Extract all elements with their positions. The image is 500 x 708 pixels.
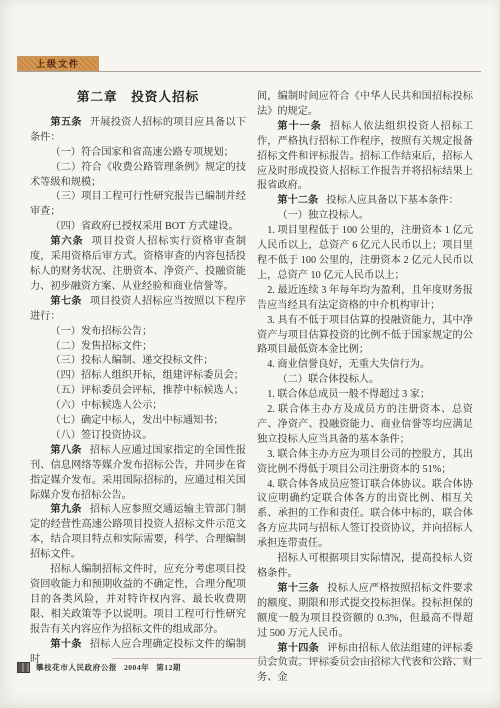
paragraph: 第十一条招标人依法组织投资人招标工作，严格执行招标工作程序，按照有关规定报备招标…: [257, 120, 473, 195]
paragraph: （八）签订投资协议。: [30, 429, 246, 444]
paragraph-text: （七）确定中标人，发出中标通知书；: [50, 415, 223, 426]
paragraph-text: 招标人可根据项目实际情况，提高投标人资格条件。: [257, 553, 473, 579]
paragraph: 招标人编制招标文件时，应充分考虑项目投资回收能力和预期收益的不确定性，合理分配项…: [30, 563, 246, 638]
paragraph-text: （二）联合体投标人。: [277, 374, 379, 385]
paragraph-text: 3. 联合体主办方应为项目公司的控股方，其出资比例不得低于项目公司注册资本的 5…: [257, 449, 473, 475]
right-column-paragraphs: 间，编制时间应符合《中华人民共和国招标投标法》的规定。 第十一条招标人依法组织投…: [257, 90, 473, 686]
paragraph-text: （八）签订投资协议。: [50, 430, 152, 441]
paragraph-text: （三）投标人编制、递交投标文件；: [50, 355, 213, 366]
article-number: 第八条: [50, 445, 81, 456]
paragraph-text: 招标人编制招标文件时，应充分考虑项目投资回收能力和预期收益的不确定性，合理分配项…: [30, 564, 246, 635]
paragraph-text: （三）项目工程可行性研究报告已编制并经审查；: [30, 191, 246, 217]
superior-document-badge: 上级文件: [17, 56, 99, 71]
paragraph: 3. 联合体主办方应为项目公司的控股方，其出资比例不得低于项目公司注册资本的 5…: [257, 448, 473, 478]
paragraph: 第六条项目投资人招标实行资格审查制度，采用资格后审方式。资格审查的内容包括投标人…: [30, 235, 246, 295]
paragraph: （五）评标委员会评标，推荐中标候选人；: [30, 384, 246, 399]
paragraph-text: 4. 商业信誉良好，无重大失信行为。: [267, 359, 430, 370]
publication-issue: 第12期: [156, 663, 181, 672]
paragraph-text: （五）评标委员会评标，推荐中标候选人；: [50, 385, 244, 396]
footer-rule: [112, 658, 482, 659]
paragraph: （二）发售招标文件；: [30, 340, 246, 355]
page-number-badge: [17, 662, 30, 673]
article-number: 第五条: [50, 117, 81, 128]
scanned-document-page: 上级文件 第二章 投资人招标 第五条开展投资人招标的项目应具备以下条件： （一）…: [0, 0, 500, 708]
paragraph-text: （六）中标候选人公示；: [50, 400, 162, 411]
paragraph-text: （二）符合《收费公路管理条例》规定的技术等级和规模；: [30, 162, 246, 188]
right-column: 间，编制时间应符合《中华人民共和国招标投标法》的规定。 第十一条招标人依法组织投…: [257, 90, 473, 686]
header-rule: [17, 71, 481, 72]
paragraph: 第七条项目投资人招标应当按照以下程序进行：: [30, 295, 246, 325]
paragraph-text: （一）发布招标公告；: [50, 326, 152, 337]
article-number: 第六条: [50, 236, 83, 247]
paragraph: 2. 联合体主办方及成员方的注册资本、总资产、净资产、投融资能力、商业信誉等均应…: [257, 403, 473, 448]
paragraph: （一）符合国家和省高速公路专项规划；: [30, 146, 246, 161]
paragraph: （一）发布招标公告；: [30, 325, 246, 340]
publication-year: 2004年: [124, 663, 149, 672]
paragraph-text: 投标人应具备以下基本条件：: [326, 195, 458, 206]
paragraph: （四）招标人组织开标，组建评标委员会；: [30, 369, 246, 384]
paragraph: （四）省政府已授权采用 BOT 方式建设。: [30, 220, 246, 235]
badge-label: 上级文件: [36, 57, 80, 70]
paragraph-text: （四）省政府已授权采用 BOT 方式建设。: [50, 221, 238, 232]
article-number: 第九条: [50, 504, 81, 515]
paragraph-text: （四）招标人组织开标，组建评标委员会；: [50, 370, 244, 381]
chapter-title: 第二章 投资人招标: [30, 90, 246, 105]
paragraph: （三）项目工程可行性研究报告已编制并经审查；: [30, 190, 246, 220]
paragraph: （七）确定中标人，发出中标通知书；: [30, 414, 246, 429]
paragraph-text: （一）独立投标人。: [277, 210, 369, 221]
paragraph-text: 1. 项目里程低于 100 公里的，注册资本 1 亿元人民币以上，总资产 6 亿…: [257, 225, 473, 281]
paragraph: （三）投标人编制、递交投标文件；: [30, 354, 246, 369]
paragraph: 3. 具有不低于项目估算的投融资能力，其中净资产与项目估算投资的比例不低于国家规…: [257, 314, 473, 359]
article-number: 第十三条: [277, 583, 319, 594]
paragraph: 第八条招标人应通过国家指定的全国性报刊、信息网络等媒介发布招标公告，并同步在省指…: [30, 444, 246, 504]
paragraph: 第十三条投标人应严格按照招标文件要求的额度、期限和形式提交投标担保。投标担保的额…: [257, 582, 473, 642]
paragraph: （二）符合《收费公路管理条例》规定的技术等级和规模；: [30, 161, 246, 191]
article-number: 第七条: [50, 296, 81, 307]
paragraph-text: 3. 具有不低于项目估算的投融资能力，其中净资产与项目估算投资的比例不低于国家规…: [257, 315, 473, 356]
paragraph-text: 2. 最近连续 3 年每年均为盈利，且年度财务报告应当经具有法定资格的中介机构审…: [257, 285, 473, 311]
article-number: 第十二条: [277, 195, 318, 206]
paragraph: 4. 联合体各成员应签订联合体协议。联合体协议应明确约定联合体各方的出资比例、相…: [257, 478, 473, 553]
paragraph-text: （一）符合国家和省高速公路专项规划；: [50, 147, 233, 158]
paragraph-text: 4. 联合体各成员应签订联合体协议。联合体协议应明确约定联合体各方的出资比例、相…: [257, 479, 473, 550]
paragraph: 1. 联合体总成员一般不得超过 3 家；: [257, 388, 473, 403]
publication-name: 攀枝花市人民政府公报: [36, 663, 117, 672]
article-number: 第十一条: [277, 121, 321, 132]
paragraph: 招标人可根据项目实际情况，提高投标人资格条件。: [257, 552, 473, 582]
paragraph: 1. 项目里程低于 100 公里的，注册资本 1 亿元人民币以上，总资产 6 亿…: [257, 224, 473, 284]
paragraph: 第十二条投标人应具备以下基本条件：: [257, 194, 473, 209]
paragraph-text: （二）发售招标文件；: [50, 341, 152, 352]
paragraph: （二）联合体投标人。: [257, 373, 473, 388]
footer: 攀枝花市人民政府公报2004年第12期: [17, 661, 188, 673]
left-column-paragraphs: 第五条开展投资人招标的项目应具备以下条件： （一）符合国家和省高速公路专项规划；…: [30, 116, 246, 668]
article-number: 第十四条: [277, 643, 319, 654]
article-number: 第十条: [50, 639, 81, 650]
paragraph: 第九条招标人应参照交通运输主管部门制定的经营性高速公路项目投资人招标文件示范文本…: [30, 503, 246, 563]
paragraph: 第五条开展投资人招标的项目应具备以下条件：: [30, 116, 246, 146]
paragraph-text: 2. 联合体主办方及成员方的注册资本、总资产、净资产、投融资能力、商业信誉等均应…: [257, 404, 473, 445]
paragraph: 第十四条评标由招标人依法组建的评标委员会负责。评标委员会由招标人代表和公路、财务…: [257, 642, 473, 687]
paragraph: （一）独立投标人。: [257, 209, 473, 224]
paragraph: 4. 商业信誉良好，无重大失信行为。: [257, 358, 473, 373]
paragraph-text: 间，编制时间应符合《中华人民共和国招标投标法》的规定。: [257, 91, 473, 117]
footer-imprint: 攀枝花市人民政府公报2004年第12期: [36, 662, 188, 673]
paragraph: 2. 最近连续 3 年每年均为盈利，且年度财务报告应当经具有法定资格的中介机构审…: [257, 284, 473, 314]
paragraph-text: 1. 联合体总成员一般不得超过 3 家；: [267, 389, 430, 400]
paragraph: 间，编制时间应符合《中华人民共和国招标投标法》的规定。: [257, 90, 473, 120]
paragraph: （六）中标候选人公示；: [30, 399, 246, 414]
left-column: 第二章 投资人招标 第五条开展投资人招标的项目应具备以下条件： （一）符合国家和…: [30, 86, 246, 667]
